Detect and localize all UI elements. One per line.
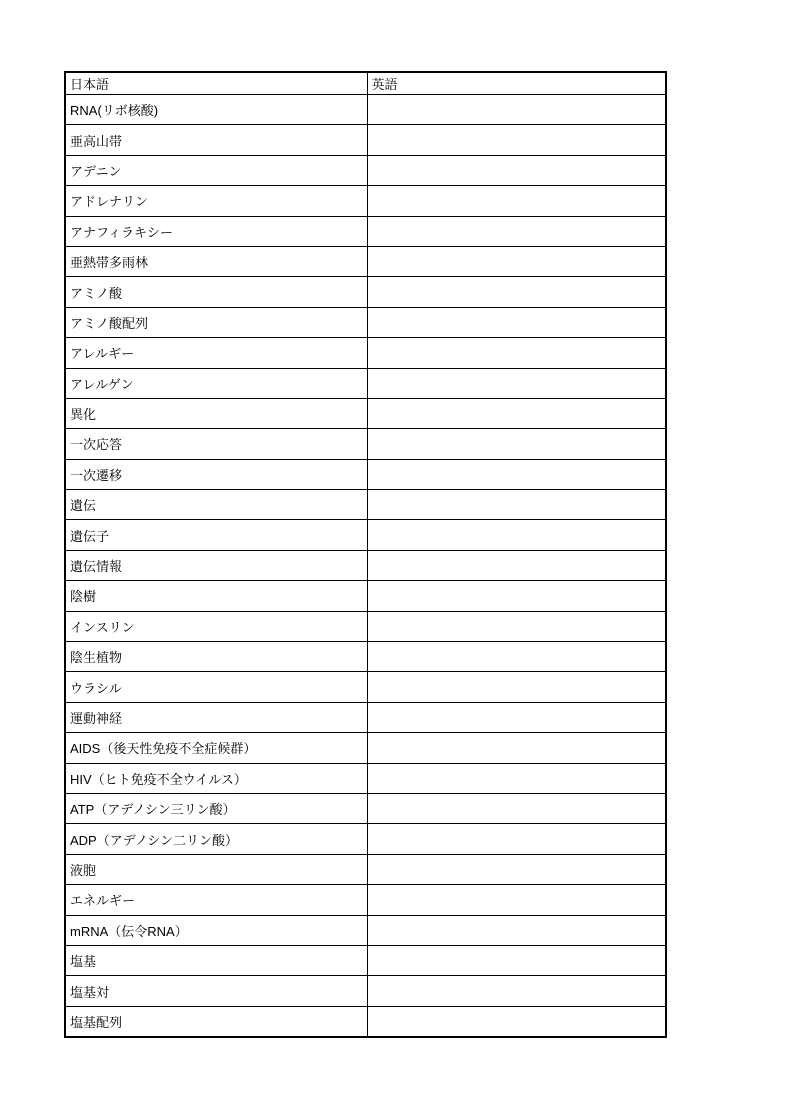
table-row: ウラシル	[65, 672, 666, 702]
english-answer-cell[interactable]	[367, 246, 666, 276]
japanese-term-cell: エネルギー	[65, 885, 367, 915]
table-body: RNA(リボ核酸) 亜高山帯 アデニン アドレナリン アナフィラキシー 亜熱帯多…	[65, 95, 666, 1038]
english-answer-cell[interactable]	[367, 186, 666, 216]
table-row: アレルギー	[65, 338, 666, 368]
table-row: 陰生植物	[65, 642, 666, 672]
table-row: インスリン	[65, 611, 666, 641]
english-answer-cell[interactable]	[367, 429, 666, 459]
english-answer-cell[interactable]	[367, 642, 666, 672]
english-answer-cell[interactable]	[367, 398, 666, 428]
table-row: HIV（ヒト免疫不全ウイルス）	[65, 763, 666, 793]
table-row: 異化	[65, 398, 666, 428]
table-row: アレルゲン	[65, 368, 666, 398]
japanese-term-cell: 異化	[65, 398, 367, 428]
japanese-term-cell: 遺伝情報	[65, 550, 367, 580]
table-row: 塩基	[65, 945, 666, 975]
english-answer-cell[interactable]	[367, 763, 666, 793]
japanese-term-cell: 塩基配列	[65, 1006, 367, 1037]
english-answer-cell[interactable]	[367, 702, 666, 732]
japanese-term-cell: 塩基対	[65, 976, 367, 1006]
table-row: 運動神経	[65, 702, 666, 732]
english-answer-cell[interactable]	[367, 793, 666, 823]
japanese-term-cell: アミノ酸配列	[65, 307, 367, 337]
japanese-term-cell: 遺伝	[65, 490, 367, 520]
table-row: アミノ酸	[65, 277, 666, 307]
japanese-term-cell: インスリン	[65, 611, 367, 641]
table-row: 陰樹	[65, 581, 666, 611]
table-row: RNA(リボ核酸)	[65, 95, 666, 125]
japanese-term-cell: 遺伝子	[65, 520, 367, 550]
table-row: 遺伝	[65, 490, 666, 520]
japanese-term-cell: 亜熱帯多雨林	[65, 246, 367, 276]
table-row: エネルギー	[65, 885, 666, 915]
table-row: アデニン	[65, 155, 666, 185]
table-row: 塩基配列	[65, 1006, 666, 1037]
japanese-term-cell: 運動神経	[65, 702, 367, 732]
japanese-term-cell: 一次応答	[65, 429, 367, 459]
table-row: アドレナリン	[65, 186, 666, 216]
japanese-term-cell: HIV（ヒト免疫不全ウイルス）	[65, 763, 367, 793]
japanese-term-cell: アミノ酸	[65, 277, 367, 307]
japanese-term-cell: 一次遷移	[65, 459, 367, 489]
table-row: アナフィラキシー	[65, 216, 666, 246]
japanese-term-cell: ウラシル	[65, 672, 367, 702]
english-answer-cell[interactable]	[367, 277, 666, 307]
english-answer-cell[interactable]	[367, 611, 666, 641]
table-row: 液胞	[65, 854, 666, 884]
japanese-term-cell: AIDS（後天性免疫不全症候群）	[65, 733, 367, 763]
english-answer-cell[interactable]	[367, 581, 666, 611]
english-answer-cell[interactable]	[367, 216, 666, 246]
header-row: 日本語 英語	[65, 72, 666, 95]
table-row: 遺伝情報	[65, 550, 666, 580]
table-row: 一次遷移	[65, 459, 666, 489]
english-answer-cell[interactable]	[367, 733, 666, 763]
english-answer-cell[interactable]	[367, 824, 666, 854]
table-row: 亜熱帯多雨林	[65, 246, 666, 276]
english-answer-cell[interactable]	[367, 125, 666, 155]
japanese-term-cell: 塩基	[65, 945, 367, 975]
table-row: mRNA（伝令RNA）	[65, 915, 666, 945]
english-answer-cell[interactable]	[367, 95, 666, 125]
english-answer-cell[interactable]	[367, 307, 666, 337]
header-english: 英語	[367, 72, 666, 95]
vocab-table: 日本語 英語 RNA(リボ核酸) 亜高山帯 アデニン アドレナリン アナフィラキ…	[64, 71, 667, 1038]
english-answer-cell[interactable]	[367, 490, 666, 520]
japanese-term-cell: アレルギー	[65, 338, 367, 368]
japanese-term-cell: 陰樹	[65, 581, 367, 611]
english-answer-cell[interactable]	[367, 1006, 666, 1037]
table-row: AIDS（後天性免疫不全症候群）	[65, 733, 666, 763]
english-answer-cell[interactable]	[367, 976, 666, 1006]
english-answer-cell[interactable]	[367, 459, 666, 489]
japanese-term-cell: 亜高山帯	[65, 125, 367, 155]
table-row: ADP（アデノシン二リン酸）	[65, 824, 666, 854]
english-answer-cell[interactable]	[367, 368, 666, 398]
english-answer-cell[interactable]	[367, 672, 666, 702]
japanese-term-cell: アナフィラキシー	[65, 216, 367, 246]
english-answer-cell[interactable]	[367, 945, 666, 975]
english-answer-cell[interactable]	[367, 915, 666, 945]
english-answer-cell[interactable]	[367, 885, 666, 915]
table-row: 遺伝子	[65, 520, 666, 550]
japanese-term-cell: アデニン	[65, 155, 367, 185]
table-row: 一次応答	[65, 429, 666, 459]
japanese-term-cell: 液胞	[65, 854, 367, 884]
english-answer-cell[interactable]	[367, 854, 666, 884]
table-row: ATP（アデノシン三リン酸）	[65, 793, 666, 823]
table-row: アミノ酸配列	[65, 307, 666, 337]
english-answer-cell[interactable]	[367, 338, 666, 368]
japanese-term-cell: mRNA（伝令RNA）	[65, 915, 367, 945]
japanese-term-cell: ADP（アデノシン二リン酸）	[65, 824, 367, 854]
english-answer-cell[interactable]	[367, 155, 666, 185]
japanese-term-cell: RNA(リボ核酸)	[65, 95, 367, 125]
japanese-term-cell: アレルゲン	[65, 368, 367, 398]
english-answer-cell[interactable]	[367, 550, 666, 580]
japanese-term-cell: 陰生植物	[65, 642, 367, 672]
english-answer-cell[interactable]	[367, 520, 666, 550]
table-row: 塩基対	[65, 976, 666, 1006]
header-japanese: 日本語	[65, 72, 367, 95]
japanese-term-cell: ATP（アデノシン三リン酸）	[65, 793, 367, 823]
table-row: 亜高山帯	[65, 125, 666, 155]
japanese-term-cell: アドレナリン	[65, 186, 367, 216]
